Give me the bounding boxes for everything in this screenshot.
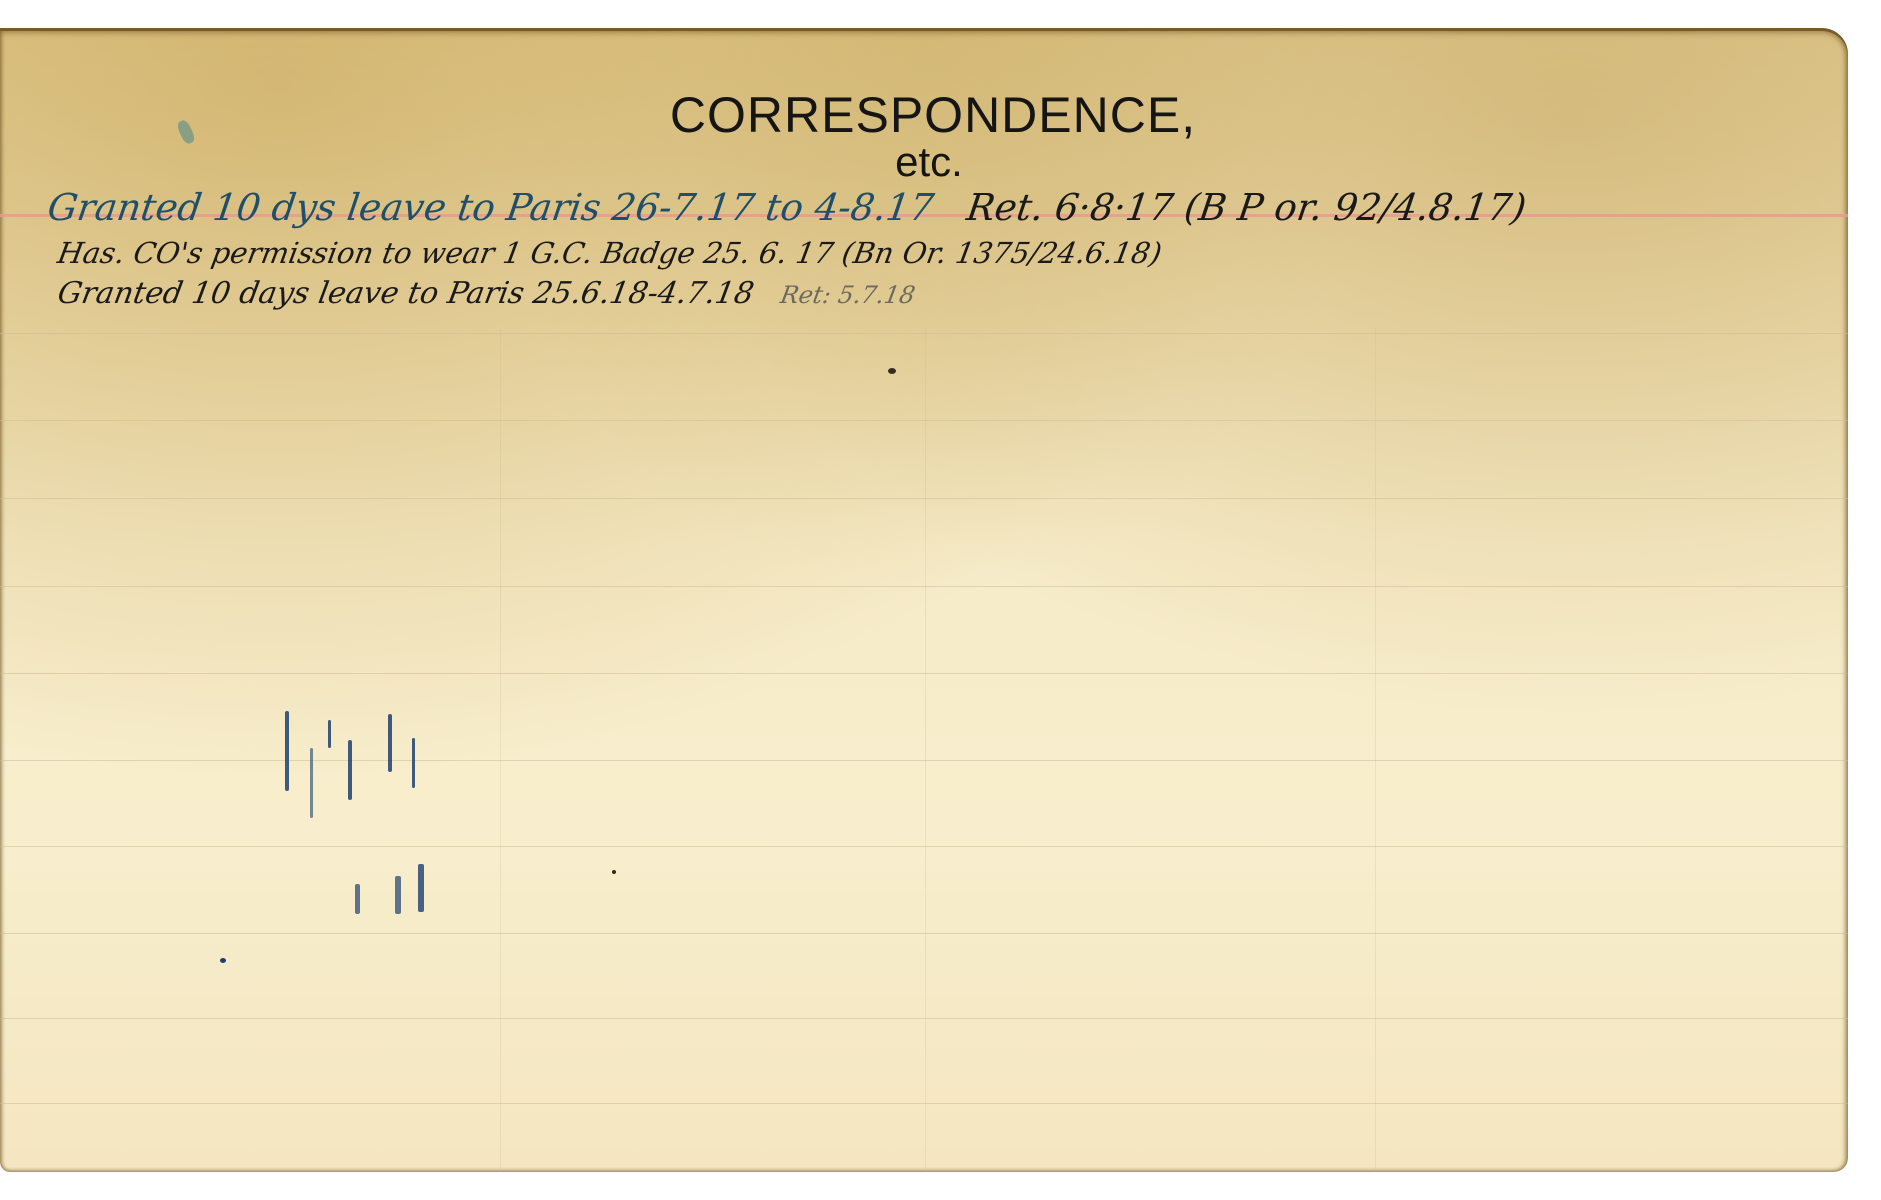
ink-speck: [220, 958, 226, 963]
card-subheading: etc.: [0, 138, 1848, 186]
ruled-line: [0, 333, 1848, 334]
ruled-line: [0, 1103, 1848, 1104]
ruled-line: [0, 673, 1848, 674]
ruled-line: [0, 760, 1848, 761]
card-heading: CORRESPONDENCE,: [0, 86, 1848, 144]
record-card: CORRESPONDENCE, etc. Granted 10 dys leav…: [0, 28, 1848, 1172]
fold-line: [500, 328, 501, 1172]
entry-1: Granted 10 dys leave to Paris 26-7.17 to…: [45, 186, 1529, 229]
entry-1-return-text: Ret. 6·8·17 (B P or. 92/4.8.17): [964, 186, 1529, 229]
ruled-line: [0, 586, 1848, 587]
fold-line: [1375, 328, 1376, 1172]
ruled-line: [0, 498, 1848, 499]
entry-3: Granted 10 days leave to Paris 25.6.18-4…: [55, 276, 918, 311]
entry-2: Has. CO's permission to wear 1 G.C. Badg…: [55, 236, 1164, 270]
entry-3-text: Granted 10 days leave to Paris 25.6.18-4…: [55, 276, 757, 311]
entry-1-leave-text: Granted 10 dys leave to Paris 26-7.17 to…: [45, 186, 936, 229]
ink-speck: [888, 368, 896, 374]
entry-3-return-text: Ret: 5.7.18: [778, 281, 917, 309]
ruled-line: [0, 420, 1848, 421]
ink-speck: [612, 870, 616, 874]
ruled-line: [0, 1018, 1848, 1019]
ruled-line: [0, 933, 1848, 934]
fold-line: [925, 328, 926, 1172]
ruled-line: [0, 846, 1848, 847]
entry-2-text: Has. CO's permission to wear 1 G.C. Badg…: [55, 236, 1164, 270]
